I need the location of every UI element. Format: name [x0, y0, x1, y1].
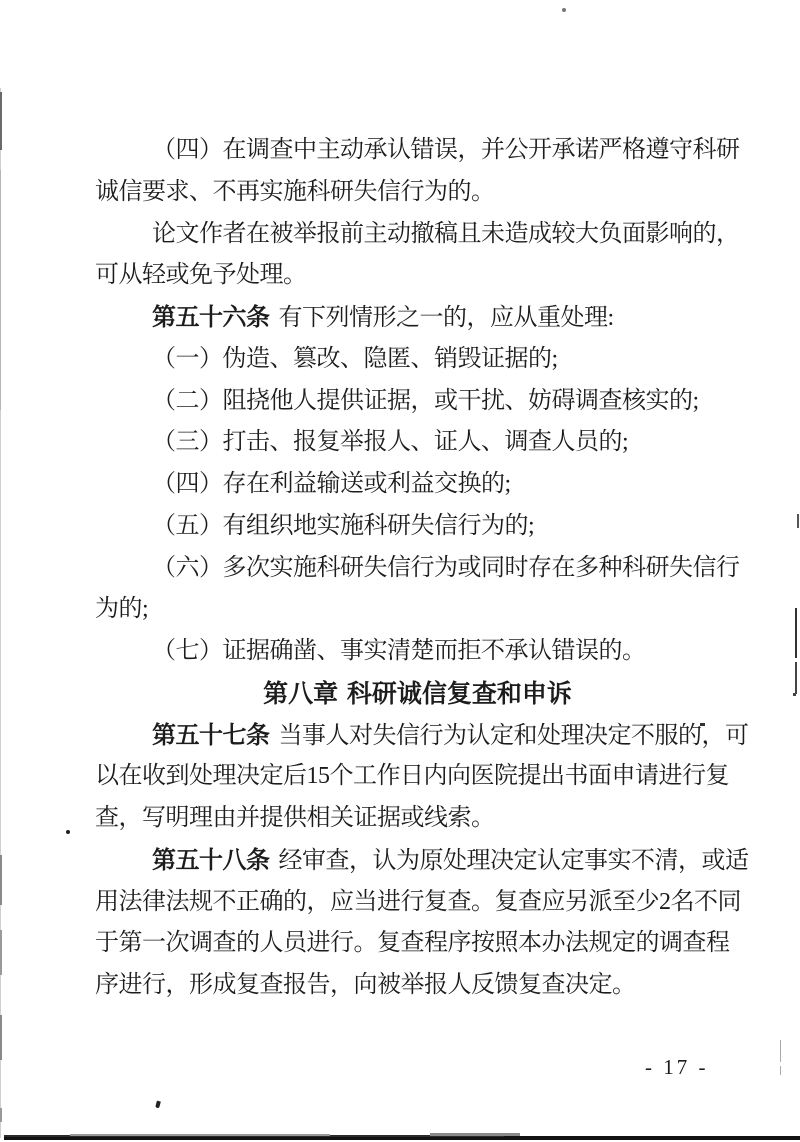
document-line: 第五十七条当事人对失信行为认定和处理决定不服的，可 [95, 715, 740, 757]
line-text: 论文作者在被举报前主动撤稿且未造成较大负面影响的， [152, 221, 740, 247]
line-text: 为的; [95, 596, 148, 622]
scan-artifact-dot [562, 8, 566, 12]
document-line: 序进行，形成复查报告，向被举报人反馈复查决定。 [95, 965, 740, 1007]
document-line: （四）存在利益输送或利益交换的; [95, 464, 740, 506]
page-number: - 17 - [645, 1055, 709, 1080]
line-text: 以在收到处理决定后15个工作日内向医院提出书面申请进行复 [95, 763, 729, 789]
scan-artifact-right-edge-line [795, 662, 797, 694]
document-line: （一）伪造、篡改、隐匿、销毁证据的; [95, 339, 740, 381]
line-text: 有下列情形之一的，应从重处理: [279, 305, 614, 331]
line-text: 当事人对失信行为认定和处理决定不服的，可 [279, 723, 749, 749]
document-line: （二）阻挠他人提供证据，或干扰、妨碍调查核实的; [95, 381, 740, 423]
document-line: 诚信要求、不再实施科研失信行为的。 [95, 172, 740, 214]
line-text: 经审查，认为原处理决定认定事实不清，或适 [279, 848, 749, 874]
scan-artifact-right-edge-dash [780, 1040, 781, 1062]
line-text: （七）证据确凿、事实清楚而拒不承认错误的。 [152, 638, 646, 664]
document-line: （六）多次实施科研失信行为或同时存在多种科研失信行 [95, 548, 740, 590]
scan-artifact-left-edge-dash [0, 1108, 2, 1122]
scan-artifact-dot [793, 693, 796, 696]
document-line: 论文作者在被举报前主动撤稿且未造成较大负面影响的， [95, 214, 740, 256]
line-text: （二）阻挠他人提供证据，或干扰、妨碍调查核实的; [152, 388, 699, 414]
line-text: 第八章 科研诚信复查和申诉 [263, 679, 572, 708]
scan-artifact-left-edge-dash [0, 855, 2, 905]
line-text: 诚信要求、不再实施科研失信行为的。 [95, 179, 495, 205]
line-text: （三）打击、报复举报人、证人、调查人员的; [152, 429, 628, 455]
document-line: 用法律法规不正确的，应当进行复查。复查应另派至少2名不同 [95, 882, 740, 924]
document-line: 查，写明理由并提供相关证据或线索。 [95, 798, 740, 840]
chapter-heading: 第八章 科研诚信复查和申诉 [95, 673, 740, 715]
scan-artifact-stray-period [66, 830, 70, 834]
line-text: 于第一次调查的人员进行。复查程序按照本办法规定的调查程 [95, 930, 730, 956]
document-line: （三）打击、报复举报人、证人、调查人员的; [95, 422, 740, 464]
line-text: （五）有组织地实施科研失信行为的; [152, 513, 534, 539]
article-number: 第五十八条 [152, 846, 270, 874]
document-line: 可从轻或免予处理。 [95, 255, 740, 297]
scan-artifact-bottom-border [70, 1134, 330, 1136]
document-line: 于第一次调查的人员进行。复查程序按照本办法规定的调查程 [95, 923, 740, 965]
document-line: （七）证据确凿、事实清楚而拒不承认错误的。 [95, 631, 740, 673]
line-text: （四）在调查中主动承认错误，并公开承诺严格遵守科研 [152, 137, 740, 163]
document-line: 第五十六条有下列情形之一的，应从重处理: [95, 297, 740, 339]
scan-artifact-bottom-border [430, 1133, 520, 1136]
scan-artifact-stray-comma [155, 1101, 161, 1109]
article-number: 第五十七条 [152, 721, 270, 749]
scan-artifact-left-edge-dash [0, 92, 2, 150]
document-line: 第五十八条经审查，认为原处理决定认定事实不清，或适 [95, 840, 740, 882]
article-number: 第五十六条 [152, 303, 270, 331]
document-body: （四）在调查中主动承认错误，并公开承诺严格遵守科研诚信要求、不再实施科研失信行为… [95, 130, 740, 1007]
page: （四）在调查中主动承认错误，并公开承诺严格遵守科研诚信要求、不再实施科研失信行为… [0, 0, 800, 1142]
line-text: （六）多次实施科研失信行为或同时存在多种科研失信行 [152, 555, 740, 581]
line-text: （四）存在利益输送或利益交换的; [152, 471, 511, 497]
scan-artifact-right-edge-line [795, 608, 797, 658]
line-text: 序进行，形成复查报告，向被举报人反馈复查决定。 [95, 972, 636, 998]
document-line: 为的; [95, 589, 740, 631]
document-line: 以在收到处理决定后15个工作日内向医院提出书面申请进行复 [95, 756, 740, 798]
scan-artifact-speck [700, 723, 705, 726]
scan-artifact-left-edge-dash [0, 930, 2, 975]
line-text: 查，写明理由并提供相关证据或线索。 [95, 805, 495, 831]
line-text: 用法律法规不正确的，应当进行复查。复查应另派至少2名不同 [95, 889, 741, 915]
scan-artifact-right-edge-tick [797, 514, 799, 528]
scan-artifact-right-edge-dash [780, 1066, 781, 1075]
line-text: 可从轻或免予处理。 [95, 262, 307, 288]
document-line: （四）在调查中主动承认错误，并公开承诺严格遵守科研 [95, 130, 740, 172]
line-text: （一）伪造、篡改、隐匿、销毁证据的; [152, 346, 558, 372]
scan-artifact-left-edge-dash [0, 1015, 2, 1060]
scan-artifact-left-edge-dash [0, 170, 1, 410]
document-line: （五）有组织地实施科研失信行为的; [95, 506, 740, 548]
